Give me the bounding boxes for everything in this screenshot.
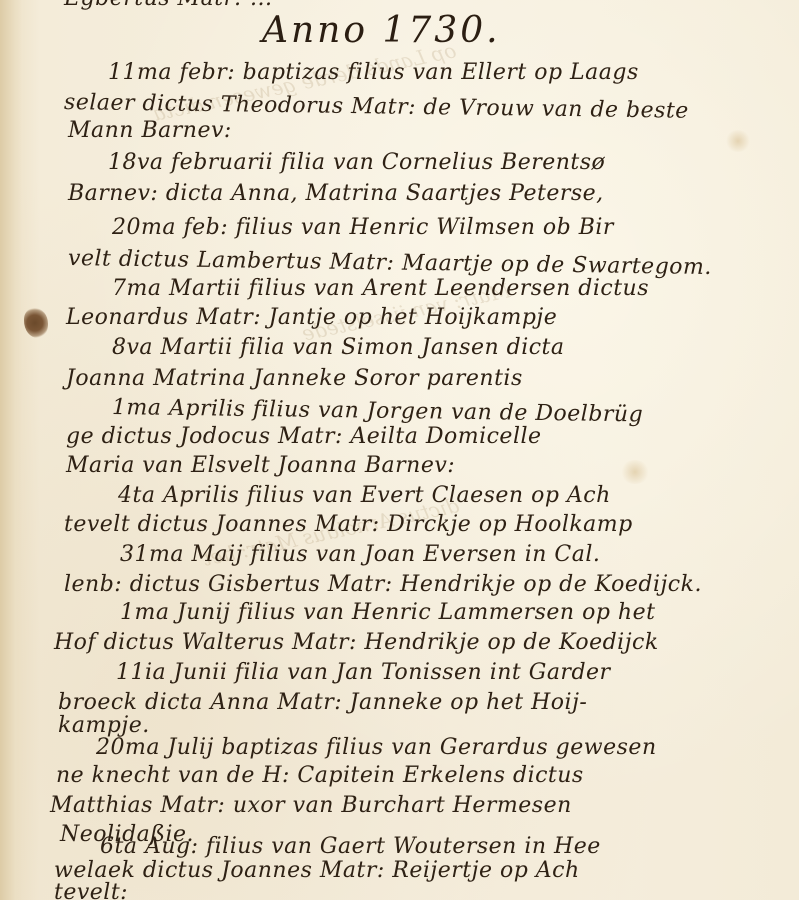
entry-line: 11ia Junii filia van Jan Tonissen int Ga…	[116, 660, 611, 685]
entry-line: Barnev: dicta Anna, Matrina Saartjes Pet…	[68, 181, 604, 206]
entry-line: Leonardus Matr: Jantje op het Hoijkampje	[66, 305, 557, 330]
paper-spot	[725, 130, 751, 152]
entry-line: Matthias Matr: uxor van Burchart Hermese…	[50, 793, 572, 818]
entry-line: 4ta Aprilis filius van Evert Claesen op …	[118, 483, 611, 508]
entry-line: lenb: dictus Gisbertus Matr: Hendrikje o…	[64, 572, 702, 597]
entry-line: tevelt:	[54, 880, 128, 900]
paper-spot	[620, 460, 650, 484]
ink-stain	[24, 308, 48, 338]
entry-line: 18va februarii filia van Cornelius Beren…	[108, 150, 605, 175]
entry-line: 6ta Aug: filius van Gaert Woutersen in H…	[100, 834, 601, 859]
entry-line: tevelt dictus Joannes Matr: Dirckje op H…	[64, 512, 633, 537]
manuscript-page: op Lands derde gewesen dicta Matr: van i…	[0, 0, 799, 900]
page-title-year: Anno 1730.	[262, 10, 501, 51]
entry-line: ne knecht van de H: Capitein Erkelens di…	[56, 763, 584, 788]
entry-line: welaek dictus Joannes Matr: Reijertje op…	[54, 858, 580, 883]
entry-line: ge dictus Jodocus Matr: Aeilta Domicelle	[66, 424, 542, 449]
entry-line: 1ma Junij filius van Henric Lammersen op…	[120, 600, 655, 625]
entry-line: Maria van Elsvelt Joanna Barnev:	[66, 453, 455, 478]
entry-line: Hof dictus Walterus Matr: Hendrikje op d…	[54, 630, 659, 655]
entry-line: velt dictus Lambertus Matr: Maartje op d…	[68, 246, 712, 280]
entry-line: Joanna Matrina Janneke Soror parentis	[66, 366, 523, 391]
header-partial-line: Egbertus Matr: ...	[64, 0, 272, 11]
entry-line: broeck dicta Anna Matr: Janneke op het H…	[58, 690, 587, 715]
entry-line: 11ma febr: baptizas filius van Ellert op…	[108, 60, 639, 85]
entry-line: 20ma feb: filius van Henric Wilmsen ob B…	[112, 215, 614, 240]
entry-line: 1ma Aprilis filius van Jorgen van de Doe…	[112, 395, 644, 427]
binding-edge	[0, 0, 22, 900]
entry-line: 20ma Julij baptizas filius van Gerardus …	[96, 735, 657, 760]
entry-line: Mann Barnev:	[68, 118, 232, 143]
entry-line: 8va Martii filia van Simon Jansen dicta	[112, 335, 565, 360]
entry-line: 7ma Martii filius van Arent Leendersen d…	[112, 276, 649, 301]
entry-line: 31ma Maij filius van Joan Eversen in Cal…	[120, 542, 600, 567]
